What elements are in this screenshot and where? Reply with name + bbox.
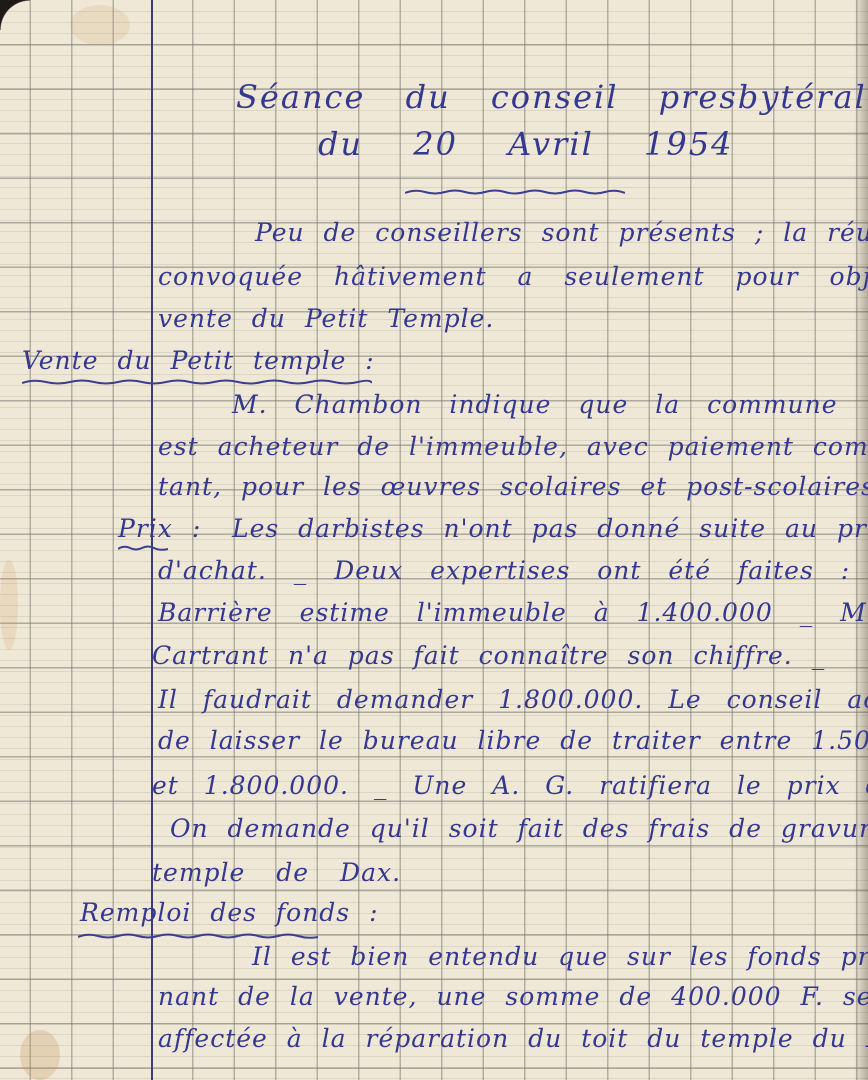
- section2-line-3: affectée à la réparation du toit du temp…: [158, 1024, 868, 1053]
- section1-line-12: temple de Dax.: [152, 858, 401, 887]
- section2-line-1: Il est bien entendu que sur les fonds pr…: [252, 942, 868, 971]
- section1-line-6: Barrière estime l'immeuble à 1.400.000 _…: [158, 598, 868, 627]
- section1-line-3: tant, pour les œuvres scolaires et post-…: [158, 472, 868, 501]
- title-underline: [405, 188, 625, 196]
- notebook-page: Séance du conseil presbytéral du 20 Avri…: [0, 0, 868, 1080]
- section1-line-10: et 1.800.000. _ Une A. G. ratifiera le p…: [152, 771, 868, 800]
- paper-stain: [20, 1030, 60, 1080]
- paper-stain: [0, 560, 18, 650]
- title-line-2: du 20 Avril 1954: [318, 125, 733, 163]
- page-corner: [0, 0, 30, 30]
- section1-line-11: On demande qu'il soit fait des frais de …: [170, 814, 868, 843]
- margin-note-prix: Prix :: [118, 514, 201, 543]
- section2-line-2: nant de la vente, une somme de 400.000 F…: [158, 982, 868, 1011]
- intro-line-3: vente du Petit Temple.: [158, 304, 494, 333]
- section1-line-2: est acheteur de l'immeuble, avec paiemen…: [158, 432, 868, 461]
- intro-line-1: Peu de conseillers sont présents ; la ré…: [255, 218, 868, 247]
- section1-line-7: Cartrant n'a pas fait connaître son chif…: [152, 641, 825, 670]
- section2-heading-underline: [78, 932, 318, 940]
- section-heading-remploi: Remploi des fonds :: [80, 898, 379, 927]
- paper-stain: [70, 5, 130, 45]
- section1-line-5: d'achat. _ Deux expertises ont été faite…: [158, 556, 868, 585]
- title-line-1: Séance du conseil presbytéral: [236, 78, 867, 116]
- section1-line-1: M. Chambon indique que la commune: [232, 390, 838, 419]
- section1-line-4: Les darbistes n'ont pas donné suite au p…: [232, 514, 868, 543]
- section1-line-9: de laisser le bureau libre de traiter en…: [158, 726, 868, 755]
- intro-line-2: convoquée hâtivement a seulement pour ob…: [158, 262, 868, 291]
- section-heading-vente: Vente du Petit temple :: [22, 346, 375, 375]
- margin-note-underline: [118, 544, 168, 552]
- section-heading-underline: [22, 378, 372, 386]
- section1-line-8: Il faudrait demander 1.800.000. Le conse…: [158, 685, 868, 714]
